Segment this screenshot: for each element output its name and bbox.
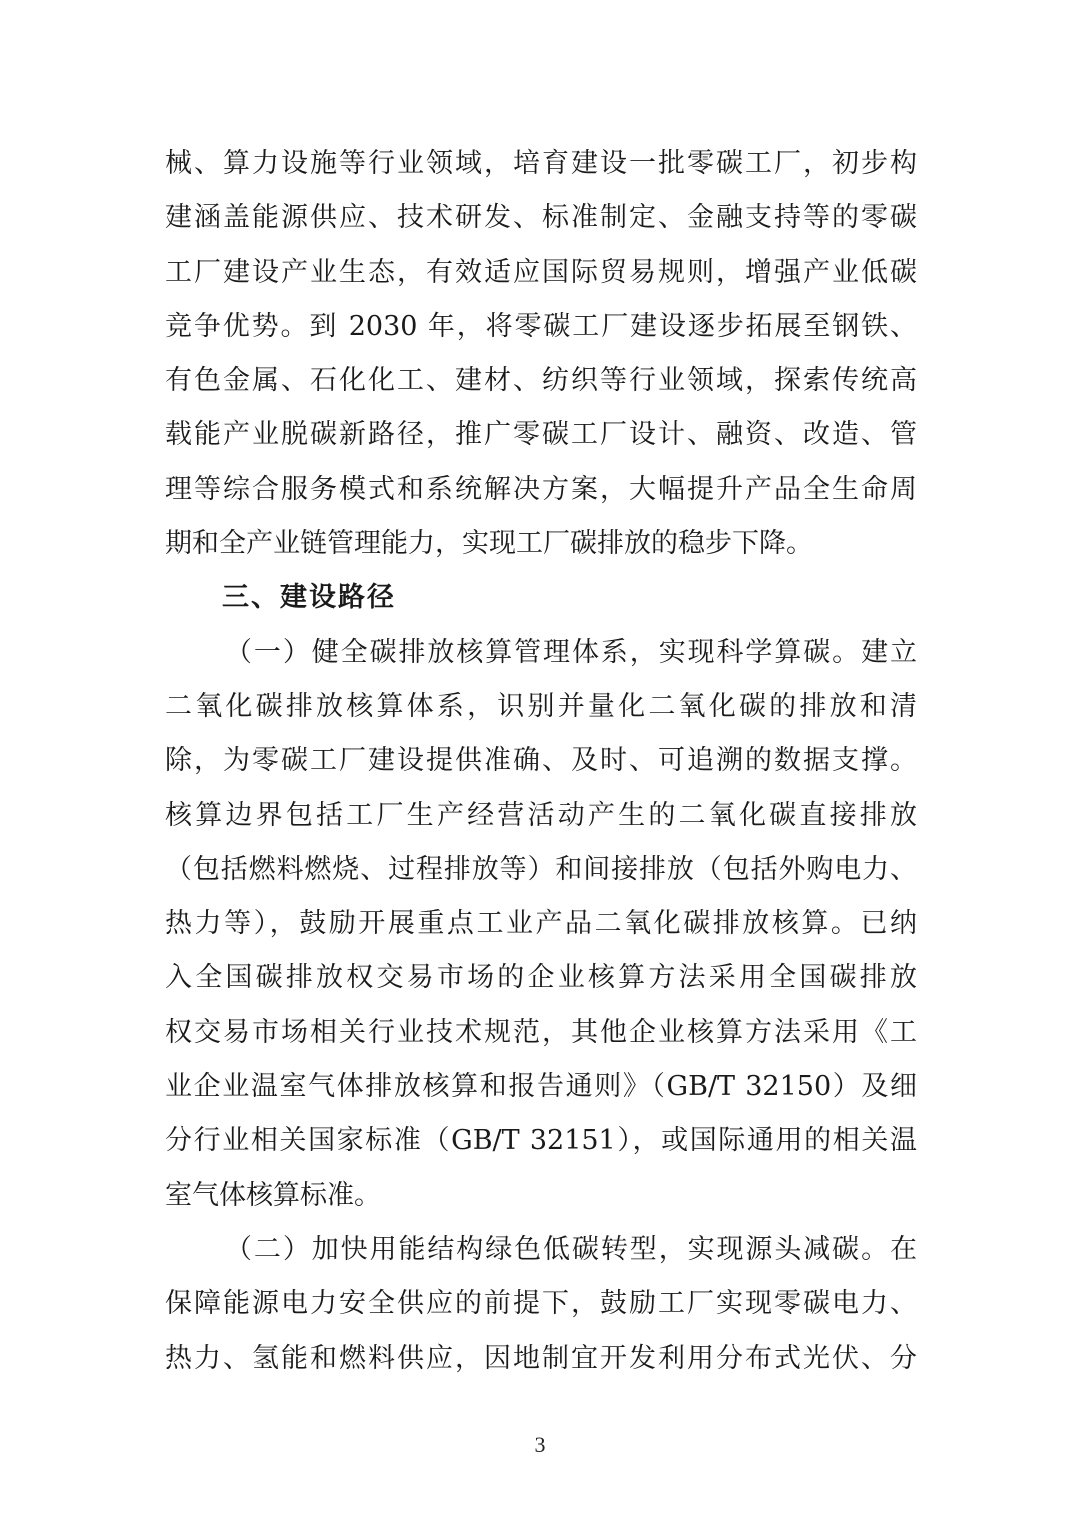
text-line: 期和全产业链管理能力，实现工厂碳排放的稳步下降。 [165,517,917,571]
text-line: 有色金属、石化化工、建材、纺织等行业领域，探索传统高 [165,354,917,408]
subsection-first-line: （二）加快用能结构绿色低碳转型，实现源头减碳。在 [165,1223,917,1277]
text-line: 工厂建设产业生态，有效适应国际贸易规则，增强产业低碳 [165,246,917,300]
text-line: 热力、氢能和燃料供应，因地制宜开发利用分布式光伏、分 [165,1332,917,1386]
document-body: 械、算力设施等行业领域，培育建设一批零碳工厂，初步构 建涵盖能源供应、技术研发、… [165,137,917,1386]
text-line: 除，为零碳工厂建设提供准确、及时、可追溯的数据支撑。 [165,734,917,788]
text-line: 分行业相关国家标准（GB/T 32151），或国际通用的相关温 [165,1114,917,1168]
text-line: 权交易市场相关行业技术规范，其他企业核算方法采用《工 [165,1006,917,1060]
page-number: 3 [0,1432,1080,1458]
text-line: 核算边界包括工厂生产经营活动产生的二氧化碳直接排放 [165,789,917,843]
section-heading: 三、建设路径 [165,571,917,625]
document-page: 械、算力设施等行业领域，培育建设一批零碳工厂，初步构 建涵盖能源供应、技术研发、… [0,0,1080,1527]
text-line: 保障能源电力安全供应的前提下，鼓励工厂实现零碳电力、 [165,1277,917,1331]
text-line: （包括燃料燃烧、过程排放等）和间接排放（包括外购电力、 [165,843,917,897]
subsection-first-line: （一）健全碳排放核算管理体系，实现科学算碳。建立 [165,626,917,680]
text-line: 入全国碳排放权交易市场的企业核算方法采用全国碳排放 [165,951,917,1005]
text-line: 业企业温室气体排放核算和报告通则》（GB/T 32150）及细 [165,1060,917,1114]
text-line: 理等综合服务模式和系统解决方案，大幅提升产品全生命周 [165,463,917,517]
text-line: 建涵盖能源供应、技术研发、标准制定、金融支持等的零碳 [165,191,917,245]
text-line: 室气体核算标准。 [165,1169,917,1223]
text-line: 械、算力设施等行业领域，培育建设一批零碳工厂，初步构 [165,137,917,191]
text-line: 竞争优势。到 2030 年，将零碳工厂建设逐步拓展至钢铁、 [165,300,917,354]
text-line: 热力等），鼓励开展重点工业产品二氧化碳排放核算。已纳 [165,897,917,951]
text-line: 载能产业脱碳新路径，推广零碳工厂设计、融资、改造、管 [165,408,917,462]
text-line: 二氧化碳排放核算体系，识别并量化二氧化碳的排放和清 [165,680,917,734]
